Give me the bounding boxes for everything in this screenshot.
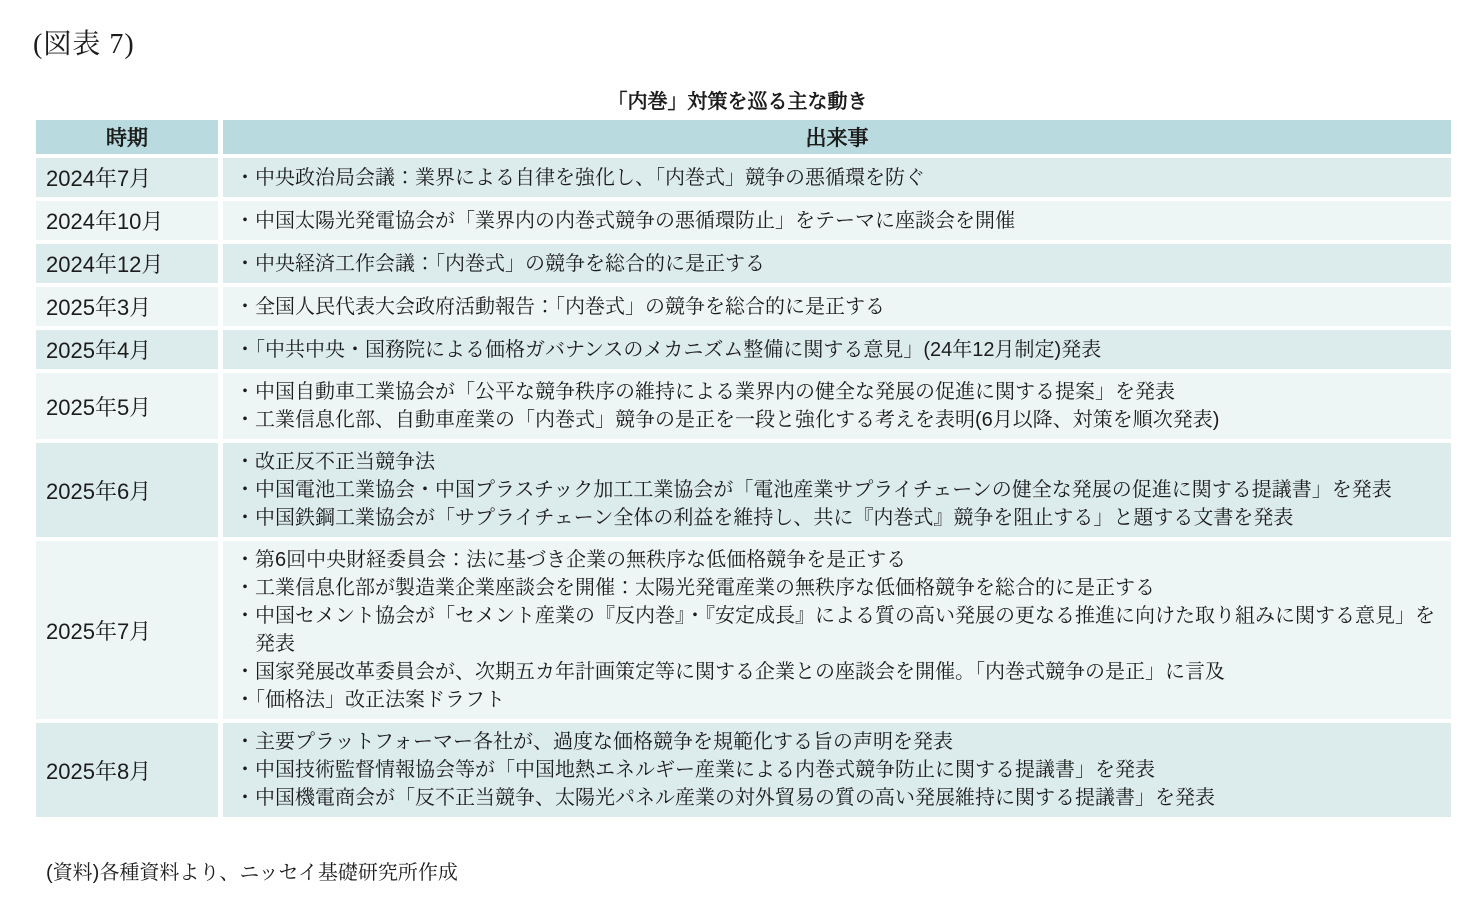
event-item: ・主要プラットフォーマー各社が、過度な価格競争を規範化する旨の声明を発表	[235, 728, 1439, 756]
event-item: ・中国太陽光発電協会が「業界内の内巻式競争の悪循環防止」をテーマに座談会を開催	[235, 207, 1439, 235]
event-item: ・中国セメント協会が「セメント産業の『反内巻』・『安定成長』による質の高い発展の…	[235, 602, 1439, 658]
event-item: ・中央経済工作会議：「内巻式」の競争を総合的に是正する	[235, 250, 1439, 278]
event-item: ・工業信息化部が製造業企業座談会を開催：太陽光発電産業の無秩序な低価格競争を総合…	[235, 574, 1439, 602]
event-item: ・「中共中央・国務院による価格ガバナンスのメカニズム整備に関する意見」(24年1…	[235, 336, 1439, 364]
event-item: ・第6回中央財経委員会：法に基づき企業の無秩序な低価格競争を是正する	[235, 546, 1439, 574]
period-cell: 2025年8月	[36, 723, 218, 817]
event-item: ・中国鉄鋼工業協会が「サプライチェーン全体の利益を維持し、共に『内巻式』競争を阻…	[235, 504, 1439, 532]
event-cell: ・「中共中央・国務院による価格ガバナンスのメカニズム整備に関する意見」(24年1…	[223, 330, 1451, 369]
table-row: 2025年5月・中国自動車工業協会が「公平な競争秩序の維持による業界内の健全な発…	[36, 373, 1451, 439]
table-row: 2025年7月・第6回中央財経委員会：法に基づき企業の無秩序な低価格競争を是正す…	[36, 541, 1451, 719]
period-cell: 2025年6月	[36, 443, 218, 537]
header-row: 時期 出来事	[36, 120, 1451, 154]
event-item: ・中央政治局会議：業界による自律を強化し、「内巻式」競争の悪循環を防ぐ	[235, 164, 1439, 192]
event-item: ・工業信息化部、自動車産業の「内巻式」競争の是正を一段と強化する考えを表明(6月…	[235, 406, 1439, 434]
event-item: ・中国電池工業協会・中国プラスチック加工工業協会が「電池産業サプライチェーンの健…	[235, 476, 1439, 504]
table-title: 「内巻」対策を巡る主な動き	[0, 85, 1475, 114]
event-cell: ・改正反不正当競争法・中国電池工業協会・中国プラスチック加工工業協会が「電池産業…	[223, 443, 1451, 537]
event-cell: ・中国自動車工業協会が「公平な競争秩序の維持による業界内の健全な発展の促進に関す…	[223, 373, 1451, 439]
period-cell: 2025年5月	[36, 373, 218, 439]
event-item: ・「価格法」改正法案ドラフト	[235, 686, 1439, 714]
figure-label: (図表 7)	[33, 22, 135, 62]
event-cell: ・中央経済工作会議：「内巻式」の競争を総合的に是正する	[223, 244, 1451, 283]
table-row: 2025年6月・改正反不正当競争法・中国電池工業協会・中国プラスチック加工工業協…	[36, 443, 1451, 537]
events-table: 時期 出来事 2024年7月・中央政治局会議：業界による自律を強化し、「内巻式」…	[31, 116, 1456, 821]
event-cell: ・中国太陽光発電協会が「業界内の内巻式競争の悪循環防止」をテーマに座談会を開催	[223, 201, 1451, 240]
header-period: 時期	[36, 120, 218, 154]
event-item: ・国家発展改革委員会が、次期五カ年計画策定等に関する企業との座談会を開催。「内巻…	[235, 658, 1439, 686]
table-row: 2025年3月・全国人民代表大会政府活動報告：「内巻式」の競争を総合的に是正する	[36, 287, 1451, 326]
event-cell: ・第6回中央財経委員会：法に基づき企業の無秩序な低価格競争を是正する・工業信息化…	[223, 541, 1451, 719]
event-item: ・中国自動車工業協会が「公平な競争秩序の維持による業界内の健全な発展の促進に関す…	[235, 378, 1439, 406]
table-row: 2025年4月・「中共中央・国務院による価格ガバナンスのメカニズム整備に関する意…	[36, 330, 1451, 369]
event-cell: ・中央政治局会議：業界による自律を強化し、「内巻式」競争の悪循環を防ぐ	[223, 158, 1451, 197]
event-item: ・中国技術監督情報協会等が「中国地熱エネルギー産業による内巻式競争防止に関する提…	[235, 756, 1439, 784]
table-row: 2025年8月・主要プラットフォーマー各社が、過度な価格競争を規範化する旨の声明…	[36, 723, 1451, 817]
period-cell: 2025年7月	[36, 541, 218, 719]
period-cell: 2024年7月	[36, 158, 218, 197]
period-cell: 2024年12月	[36, 244, 218, 283]
event-item: ・全国人民代表大会政府活動報告：「内巻式」の競争を総合的に是正する	[235, 293, 1439, 321]
source-note: (資料)各種資料より、ニッセイ基礎研究所作成	[46, 856, 458, 885]
event-item: ・改正反不正当競争法	[235, 448, 1439, 476]
table-body: 2024年7月・中央政治局会議：業界による自律を強化し、「内巻式」競争の悪循環を…	[36, 158, 1451, 817]
event-item: ・中国機電商会が「反不正当競争、太陽光パネル産業の対外貿易の質の高い発展維持に関…	[235, 784, 1439, 812]
table-row: 2024年7月・中央政治局会議：業界による自律を強化し、「内巻式」競争の悪循環を…	[36, 158, 1451, 197]
event-cell: ・全国人民代表大会政府活動報告：「内巻式」の競争を総合的に是正する	[223, 287, 1451, 326]
period-cell: 2024年10月	[36, 201, 218, 240]
header-event: 出来事	[223, 120, 1451, 154]
table-row: 2024年12月・中央経済工作会議：「内巻式」の競争を総合的に是正する	[36, 244, 1451, 283]
table-row: 2024年10月・中国太陽光発電協会が「業界内の内巻式競争の悪循環防止」をテーマ…	[36, 201, 1451, 240]
event-cell: ・主要プラットフォーマー各社が、過度な価格競争を規範化する旨の声明を発表・中国技…	[223, 723, 1451, 817]
period-cell: 2025年3月	[36, 287, 218, 326]
period-cell: 2025年4月	[36, 330, 218, 369]
